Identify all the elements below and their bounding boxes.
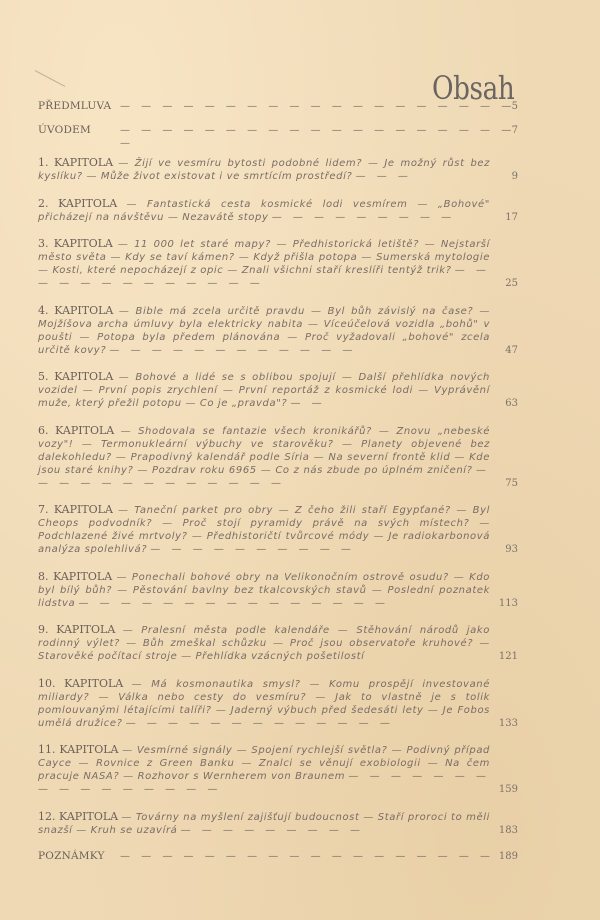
page-number: 113 (499, 597, 518, 610)
leader-dashes: — — — — — — — — — — (150, 544, 355, 555)
toc-entry-chapter[interactable]: 3. KAPITOLA — 11 000 let staré mapy? — P… (38, 237, 518, 290)
entry-text: 5. KAPITOLA — Bohové a lidé se s oblibou… (38, 370, 490, 410)
toc-entry-chapter[interactable]: 11. KAPITOLA — Vesmírné signály — Spojen… (38, 743, 518, 796)
entry-text: 6. KAPITOLA — Shodovala se fantazie všec… (38, 424, 490, 490)
toc-entry-chapter[interactable]: 1. KAPITOLA — Žijí ve vesmíru bytosti po… (38, 156, 518, 183)
page-number: 5 (512, 100, 518, 113)
entry-label: POZNÁMKY (38, 850, 105, 862)
chapter-heading: 6. KAPITOLA (38, 424, 114, 437)
page-number: 159 (499, 783, 518, 796)
toc-entry-notes[interactable]: POZNÁMKY — — — — — — — — — — — — — — — —… (38, 850, 518, 864)
entry-text: 3. KAPITOLA — 11 000 let staré mapy? — P… (38, 237, 490, 290)
chapter-heading: 11. KAPITOLA (38, 743, 119, 756)
toc-entry-chapter[interactable]: 12. KAPITOLA — Továrny na myšlení zajišť… (38, 810, 518, 837)
chapter-heading: 7. KAPITOLA (38, 503, 113, 516)
chapter-heading: 2. KAPITOLA (38, 197, 117, 210)
chapter-heading: 9. KAPITOLA (38, 623, 115, 636)
leader-dashes: — — — — — — — — — (272, 212, 455, 223)
toc-entry-chapter[interactable]: 7. KAPITOLA — Taneční parket pro obry — … (38, 503, 518, 556)
page-number: 189 (499, 850, 518, 863)
leader-dashes: — — — — — — — — — — — — — — — — — — — — (120, 124, 518, 150)
toc-entry-preface[interactable]: PŘEDMLUVA — — — — — — — — — — — — — — — … (38, 100, 518, 114)
entry-label: ÚVODEM (38, 124, 91, 136)
toc-entry-chapter[interactable]: 4. KAPITOLA — Bible má zcela určitě prav… (38, 304, 518, 357)
toc-entry-chapter[interactable]: 8. KAPITOLA — Ponechali bohové obry na V… (38, 570, 518, 610)
page-number: 47 (505, 344, 518, 357)
page-number: 183 (499, 824, 518, 837)
page-number: 93 (505, 543, 518, 556)
page-number: 25 (505, 277, 518, 290)
toc-entry-chapter[interactable]: 6. KAPITOLA — Shodovala se fantazie všec… (38, 424, 518, 490)
toc-entry-chapter[interactable]: 2. KAPITOLA — Fantastická cesta kosmické… (38, 197, 518, 224)
chapter-heading: 3. KAPITOLA (38, 237, 113, 250)
page-number: 63 (505, 397, 518, 410)
toc-entry-chapter[interactable]: 10. KAPITOLA — Má kosmonautika smysl? — … (38, 677, 518, 730)
leader-dashes: — — — — — — — — — — — — — (126, 718, 394, 729)
toc-entry-introduction[interactable]: ÚVODEM — — — — — — — — — — — — — — — — —… (38, 124, 518, 138)
entry-text: 2. KAPITOLA — Fantastická cesta kosmické… (38, 197, 490, 224)
entry-text: 9. KAPITOLA — Pralesní města podle kalen… (38, 623, 490, 663)
page-number: 121 (499, 650, 518, 663)
table-of-contents: PŘEDMLUVA — — — — — — — — — — — — — — — … (38, 100, 518, 874)
leader-dashes: — — — — — — — — — — — — — — — (78, 598, 389, 609)
page-number: 75 (505, 477, 518, 490)
entry-text: 8. KAPITOLA — Ponechali bohové obry na V… (38, 570, 490, 610)
chapter-heading: 8. KAPITOLA (38, 570, 112, 583)
entry-text: 4. KAPITOLA — Bible má zcela určitě prav… (38, 304, 490, 357)
leader-dashes: — — (291, 398, 326, 409)
page-number: 7 (512, 124, 518, 137)
page-number: 133 (499, 717, 518, 730)
entry-label: PŘEDMLUVA (38, 100, 111, 112)
page-number: 17 (505, 211, 518, 224)
pencil-mark (35, 70, 65, 87)
entry-text: 7. KAPITOLA — Taneční parket pro obry — … (38, 503, 490, 556)
chapter-heading: 10. KAPITOLA (38, 677, 123, 690)
leader-dashes: — — — — — — — — — — — — — — — — — — — (120, 100, 515, 113)
toc-entry-chapter[interactable]: 5. KAPITOLA — Bohové a lidé se s oblibou… (38, 370, 518, 410)
toc-entry-chapter[interactable]: 9. KAPITOLA — Pralesní města podle kalen… (38, 623, 518, 663)
entry-text: 10. KAPITOLA — Má kosmonautika smysl? — … (38, 677, 490, 730)
chapter-heading: 12. KAPITOLA (38, 810, 118, 823)
chapter-heading: 1. KAPITOLA (38, 156, 113, 169)
chapter-heading: 5. KAPITOLA (38, 370, 113, 383)
leader-dashes: — — — — — — — — — (181, 825, 364, 836)
leader-dashes: — — — (356, 171, 412, 182)
entry-text: 11. KAPITOLA — Vesmírné signály — Spojen… (38, 743, 490, 796)
chapter-heading: 4. KAPITOLA (38, 304, 113, 317)
page-number: 9 (512, 170, 518, 183)
leader-dashes: — — — — — — — — — — — — (109, 345, 356, 356)
leader-dashes: — — — — — — — — — — — — — — — — — — (120, 850, 494, 863)
entry-text: 1. KAPITOLA — Žijí ve vesmíru bytosti po… (38, 156, 490, 183)
entry-text: 12. KAPITOLA — Továrny na myšlení zajišť… (38, 810, 490, 837)
